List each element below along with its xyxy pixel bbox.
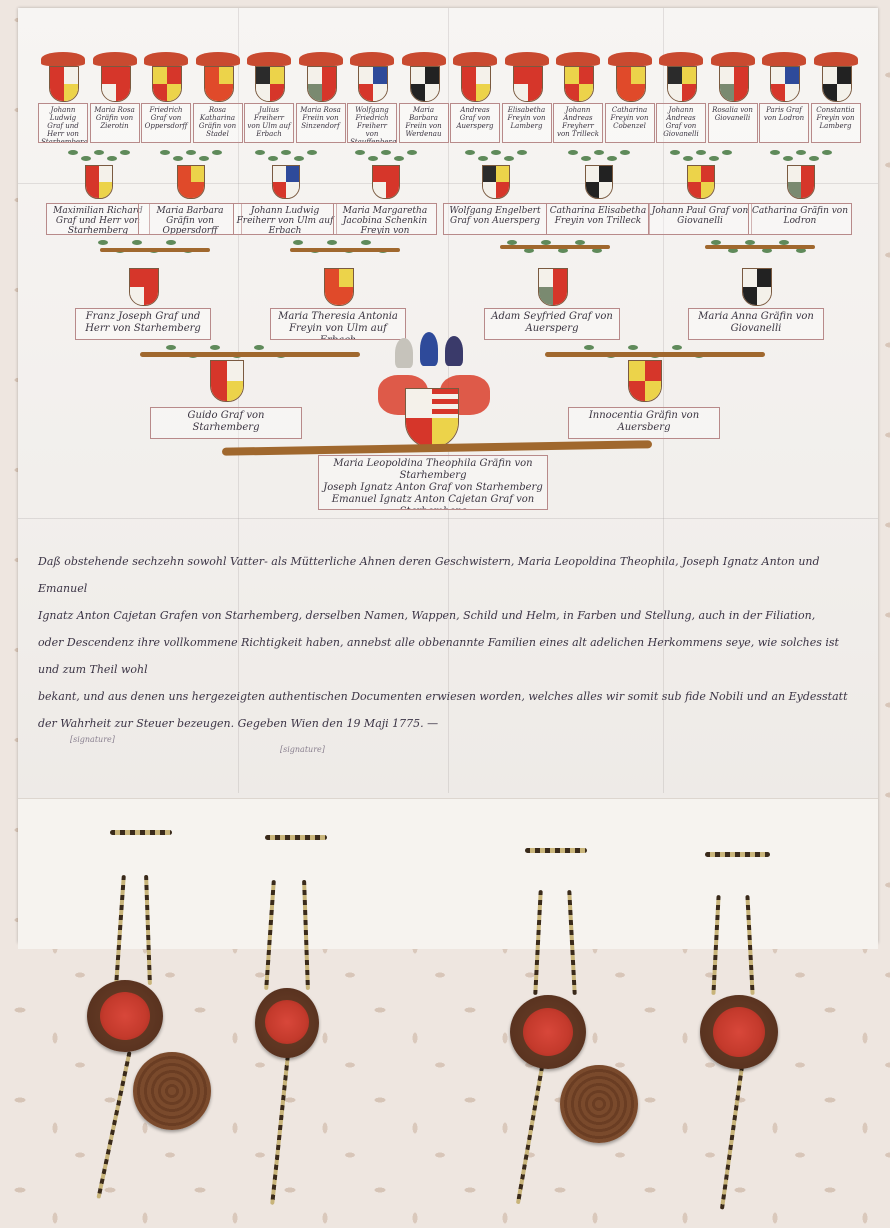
attestation-line: bekant, und aus denen uns hergezeigten a… [38, 683, 858, 710]
ancestor-name: Johann Andreas Freyherr von Trilleck [557, 106, 599, 138]
coat-of-arms-icon [616, 66, 646, 102]
ancestor-label: Johann Ludwig Graf und Herr von Starhemb… [38, 103, 88, 143]
helm-crest-icon [93, 52, 137, 66]
ancestor-name: Maria Rosa Gräfin von Zierotin [94, 106, 135, 130]
ancestor-label: Maria Theresia Antonia Freyin von Ulm au… [270, 308, 406, 340]
signature-1: [signature] [70, 735, 115, 744]
ancestor-label: Wolfgang Engelbert Graf von Auersperg [443, 203, 547, 235]
ancestor-label: Innocentia Gräfin von Auersberg [568, 407, 720, 439]
ancestor-name: Adam Seyfried Graf von Auersperg [491, 311, 613, 334]
coat-of-arms-icon [770, 66, 800, 102]
ancestor-name: Maria Anna Gräfin von Giovanelli [698, 311, 814, 334]
ancestor-name: Maria Margaretha Jacobina Schenkin Freyi… [343, 206, 427, 235]
coat-of-arms-icon [538, 268, 568, 306]
signature-2: [signature] [280, 745, 325, 754]
coat-of-arms-icon [372, 165, 400, 199]
ancestor-name: Catharina Elisabetha Freyin von Trilleck [550, 206, 646, 226]
ancestor-name: Johann Ludwig Graf und Herr von Starhemb… [41, 106, 88, 143]
helm-crest-icon [247, 52, 291, 66]
coat-of-arms-icon [255, 66, 285, 102]
helm-crest-icon [762, 52, 806, 66]
coat-of-arms-icon [129, 268, 159, 306]
helm-crest-icon [420, 332, 438, 366]
ancestor-label: Maria Anna Gräfin von Giovanelli [688, 308, 824, 340]
coat-of-arms-icon [482, 165, 510, 199]
coat-of-arms-icon [177, 165, 205, 199]
coat-of-arms-icon [49, 66, 79, 102]
main-shield-icon [405, 388, 459, 448]
coat-of-arms-icon [307, 66, 337, 102]
attestation-line: oder Descendenz ihre vollkommene Richtig… [38, 629, 858, 683]
coat-of-arms-icon [667, 66, 697, 102]
helm-crest-icon [556, 52, 600, 66]
ancestor-name: Rosalia von Giovanelli [712, 106, 753, 122]
ancestor-label: Johann Andreas Freyherr von Trilleck [553, 103, 603, 143]
coat-of-arms-icon [324, 268, 354, 306]
ancestor-label: Maximilian Richard Graf und Herr von Sta… [46, 203, 150, 235]
ancestor-name: Constantia Freyin von Lamberg [816, 106, 854, 130]
ancestor-label: Maria Margaretha Jacobina Schenkin Freyi… [333, 203, 437, 235]
ancestor-label: Rosa Katharina Gräfin von Stadel [193, 103, 243, 143]
ancestor-name: Franz Joseph Graf und Herr von Starhembe… [85, 311, 201, 334]
ancestor-name: Julius Freiherr von Ulm auf Erbach [247, 106, 290, 138]
ancestor-name: Friedrich Graf von Oppersdorff [145, 106, 188, 130]
proband-name-3: Emanuel Ignatz Anton Cajetan Graf von St… [321, 494, 545, 510]
ancestor-name: Maximilian Richard Graf und Herr von Sta… [53, 206, 143, 235]
ancestor-label: Johann Andreas Graf von Giovanelli [656, 103, 706, 143]
helm-crest-icon [814, 52, 858, 66]
proband-label: Maria Leopoldina Theophila Gräfin von St… [318, 455, 548, 510]
coat-of-arms-icon [272, 165, 300, 199]
wax-seal-1 [87, 980, 163, 1052]
ancestor-label: Constantia Freyin von Lamberg [811, 103, 861, 143]
helm-crest-icon [144, 52, 188, 66]
helm-crest-icon [711, 52, 755, 66]
coat-of-arms-icon [410, 66, 440, 102]
attestation-text: Daß obstehende sechzehn sowohl Vatter- a… [38, 548, 858, 737]
coat-of-arms-icon [787, 165, 815, 199]
helm-crest-icon [402, 52, 446, 66]
helm-crest-icon [608, 52, 652, 66]
coat-of-arms-icon [513, 66, 543, 102]
attestation-line: der Wahrheit zur Steuer bezeugen. Gegebe… [38, 710, 858, 737]
proband-name-2: Joseph Ignatz Anton Graf von Starhemberg [321, 482, 545, 494]
ancestor-label: Adam Seyfried Graf von Auersperg [484, 308, 620, 340]
ancestor-label: Maria Barbara Gräfin von Oppersdorff [138, 203, 242, 235]
seal-cord [525, 848, 587, 853]
helm-crest-icon [453, 52, 497, 66]
coat-of-arms-icon [358, 66, 388, 102]
coat-of-arms-icon [687, 165, 715, 199]
helm-crest-icon [445, 336, 463, 366]
ancestor-label: Wolfgang Friedrich Freiherr von Stauffen… [347, 103, 397, 143]
ancestor-label: Andreas Graf von Auersperg [450, 103, 500, 143]
ancestor-label: Rosalia von Giovanelli [708, 103, 758, 143]
ancestor-label: Johann Ludwig Freiherr von Ulm auf Erbac… [233, 203, 337, 235]
helm-crest-icon [41, 52, 85, 66]
helm-crest-icon [395, 338, 413, 368]
ancestor-label: Johann Paul Graf von Giovanelli [648, 203, 752, 235]
ancestor-name: Wolfgang Engelbert Graf von Auersperg [449, 206, 540, 226]
ancestor-name: Johann Ludwig Freiherr von Ulm auf Erbac… [237, 206, 334, 235]
seal-cord [110, 830, 172, 835]
ancestor-name: Wolfgang Friedrich Freiherr von Stauffen… [350, 106, 396, 143]
ancestor-label: Guido Graf von Starhemberg [150, 407, 302, 439]
coat-of-arms-icon [204, 66, 234, 102]
ancestor-label: Maria Rosa Gräfin von Zierotin [90, 103, 140, 143]
helm-crest-icon [505, 52, 549, 66]
ancestor-name: Maria Rosa Freiin von Sinzendorf [300, 106, 341, 130]
ancestor-name: Rosa Katharina Gräfin von Stadel [199, 106, 236, 138]
ancestor-label: Paris Graf von Lodron [759, 103, 809, 143]
seal-cap-1 [133, 1052, 211, 1130]
ancestor-label: Maria Barbara Freiin von Werdenau [399, 103, 449, 143]
coat-of-arms-icon [585, 165, 613, 199]
helm-crest-icon [299, 52, 343, 66]
ancestor-name: Catharina Freyin von Cobenzel [611, 106, 649, 130]
ancestor-name: Johann Paul Graf von Giovanelli [652, 206, 749, 226]
seal-cap-2 [560, 1065, 638, 1143]
helm-crest-icon [196, 52, 240, 66]
coat-of-arms-icon [101, 66, 131, 102]
ancestor-name: Paris Graf von Lodron [764, 106, 804, 122]
ancestor-label: Maria Rosa Freiin von Sinzendorf [296, 103, 346, 143]
attestation-line: Ignatz Anton Cajetan Grafen von Starhemb… [38, 602, 858, 629]
coat-of-arms-icon [85, 165, 113, 199]
ancestor-label: Catharina Elisabetha Freyin von Trilleck [546, 203, 650, 235]
ancestor-name: Johann Andreas Graf von Giovanelli [663, 106, 699, 138]
seal-cord [265, 835, 327, 840]
ancestor-label: Friedrich Graf von Oppersdorff [141, 103, 191, 143]
ancestor-name: Andreas Graf von Auersperg [456, 106, 493, 130]
coat-of-arms-icon [461, 66, 491, 102]
coat-of-arms-icon [742, 268, 772, 306]
ancestor-label: Franz Joseph Graf und Herr von Starhembe… [75, 308, 211, 340]
ancestor-name: Innocentia Gräfin von Auersberg [589, 410, 699, 433]
attestation-line: Daß obstehende sechzehn sowohl Vatter- a… [38, 548, 858, 602]
ancestor-label: Elisabetha Freyin von Lamberg [502, 103, 552, 143]
coat-of-arms-icon [210, 360, 244, 402]
coat-of-arms-icon [719, 66, 749, 102]
coat-of-arms-icon [564, 66, 594, 102]
seal-cord [705, 852, 770, 857]
ancestor-name: Maria Theresia Antonia Freyin von Ulm au… [278, 311, 398, 340]
wax-seal-2 [255, 988, 319, 1058]
ancestor-label: Catharina Freyin von Cobenzel [605, 103, 655, 143]
coat-of-arms-icon [822, 66, 852, 102]
ancestor-label: Julius Freiherr von Ulm auf Erbach [244, 103, 294, 143]
ancestor-name: Guido Graf von Starhemberg [188, 410, 265, 433]
ancestor-name: Catharina Gräfin von Lodron [752, 206, 848, 226]
ancestor-label: Catharina Gräfin von Lodron [748, 203, 852, 235]
ancestor-name: Maria Barbara Freiin von Werdenau [405, 106, 441, 138]
helm-crest-icon [350, 52, 394, 66]
helm-crest-icon [659, 52, 703, 66]
ancestor-name: Maria Barbara Gräfin von Oppersdorff [156, 206, 223, 235]
coat-of-arms-icon [628, 360, 662, 402]
proband-name-1: Maria Leopoldina Theophila Gräfin von St… [321, 458, 545, 482]
wax-seal-3 [510, 995, 586, 1069]
wax-seal-4 [700, 995, 778, 1069]
coat-of-arms-icon [152, 66, 182, 102]
ancestor-name: Elisabetha Freyin von Lamberg [508, 106, 546, 130]
